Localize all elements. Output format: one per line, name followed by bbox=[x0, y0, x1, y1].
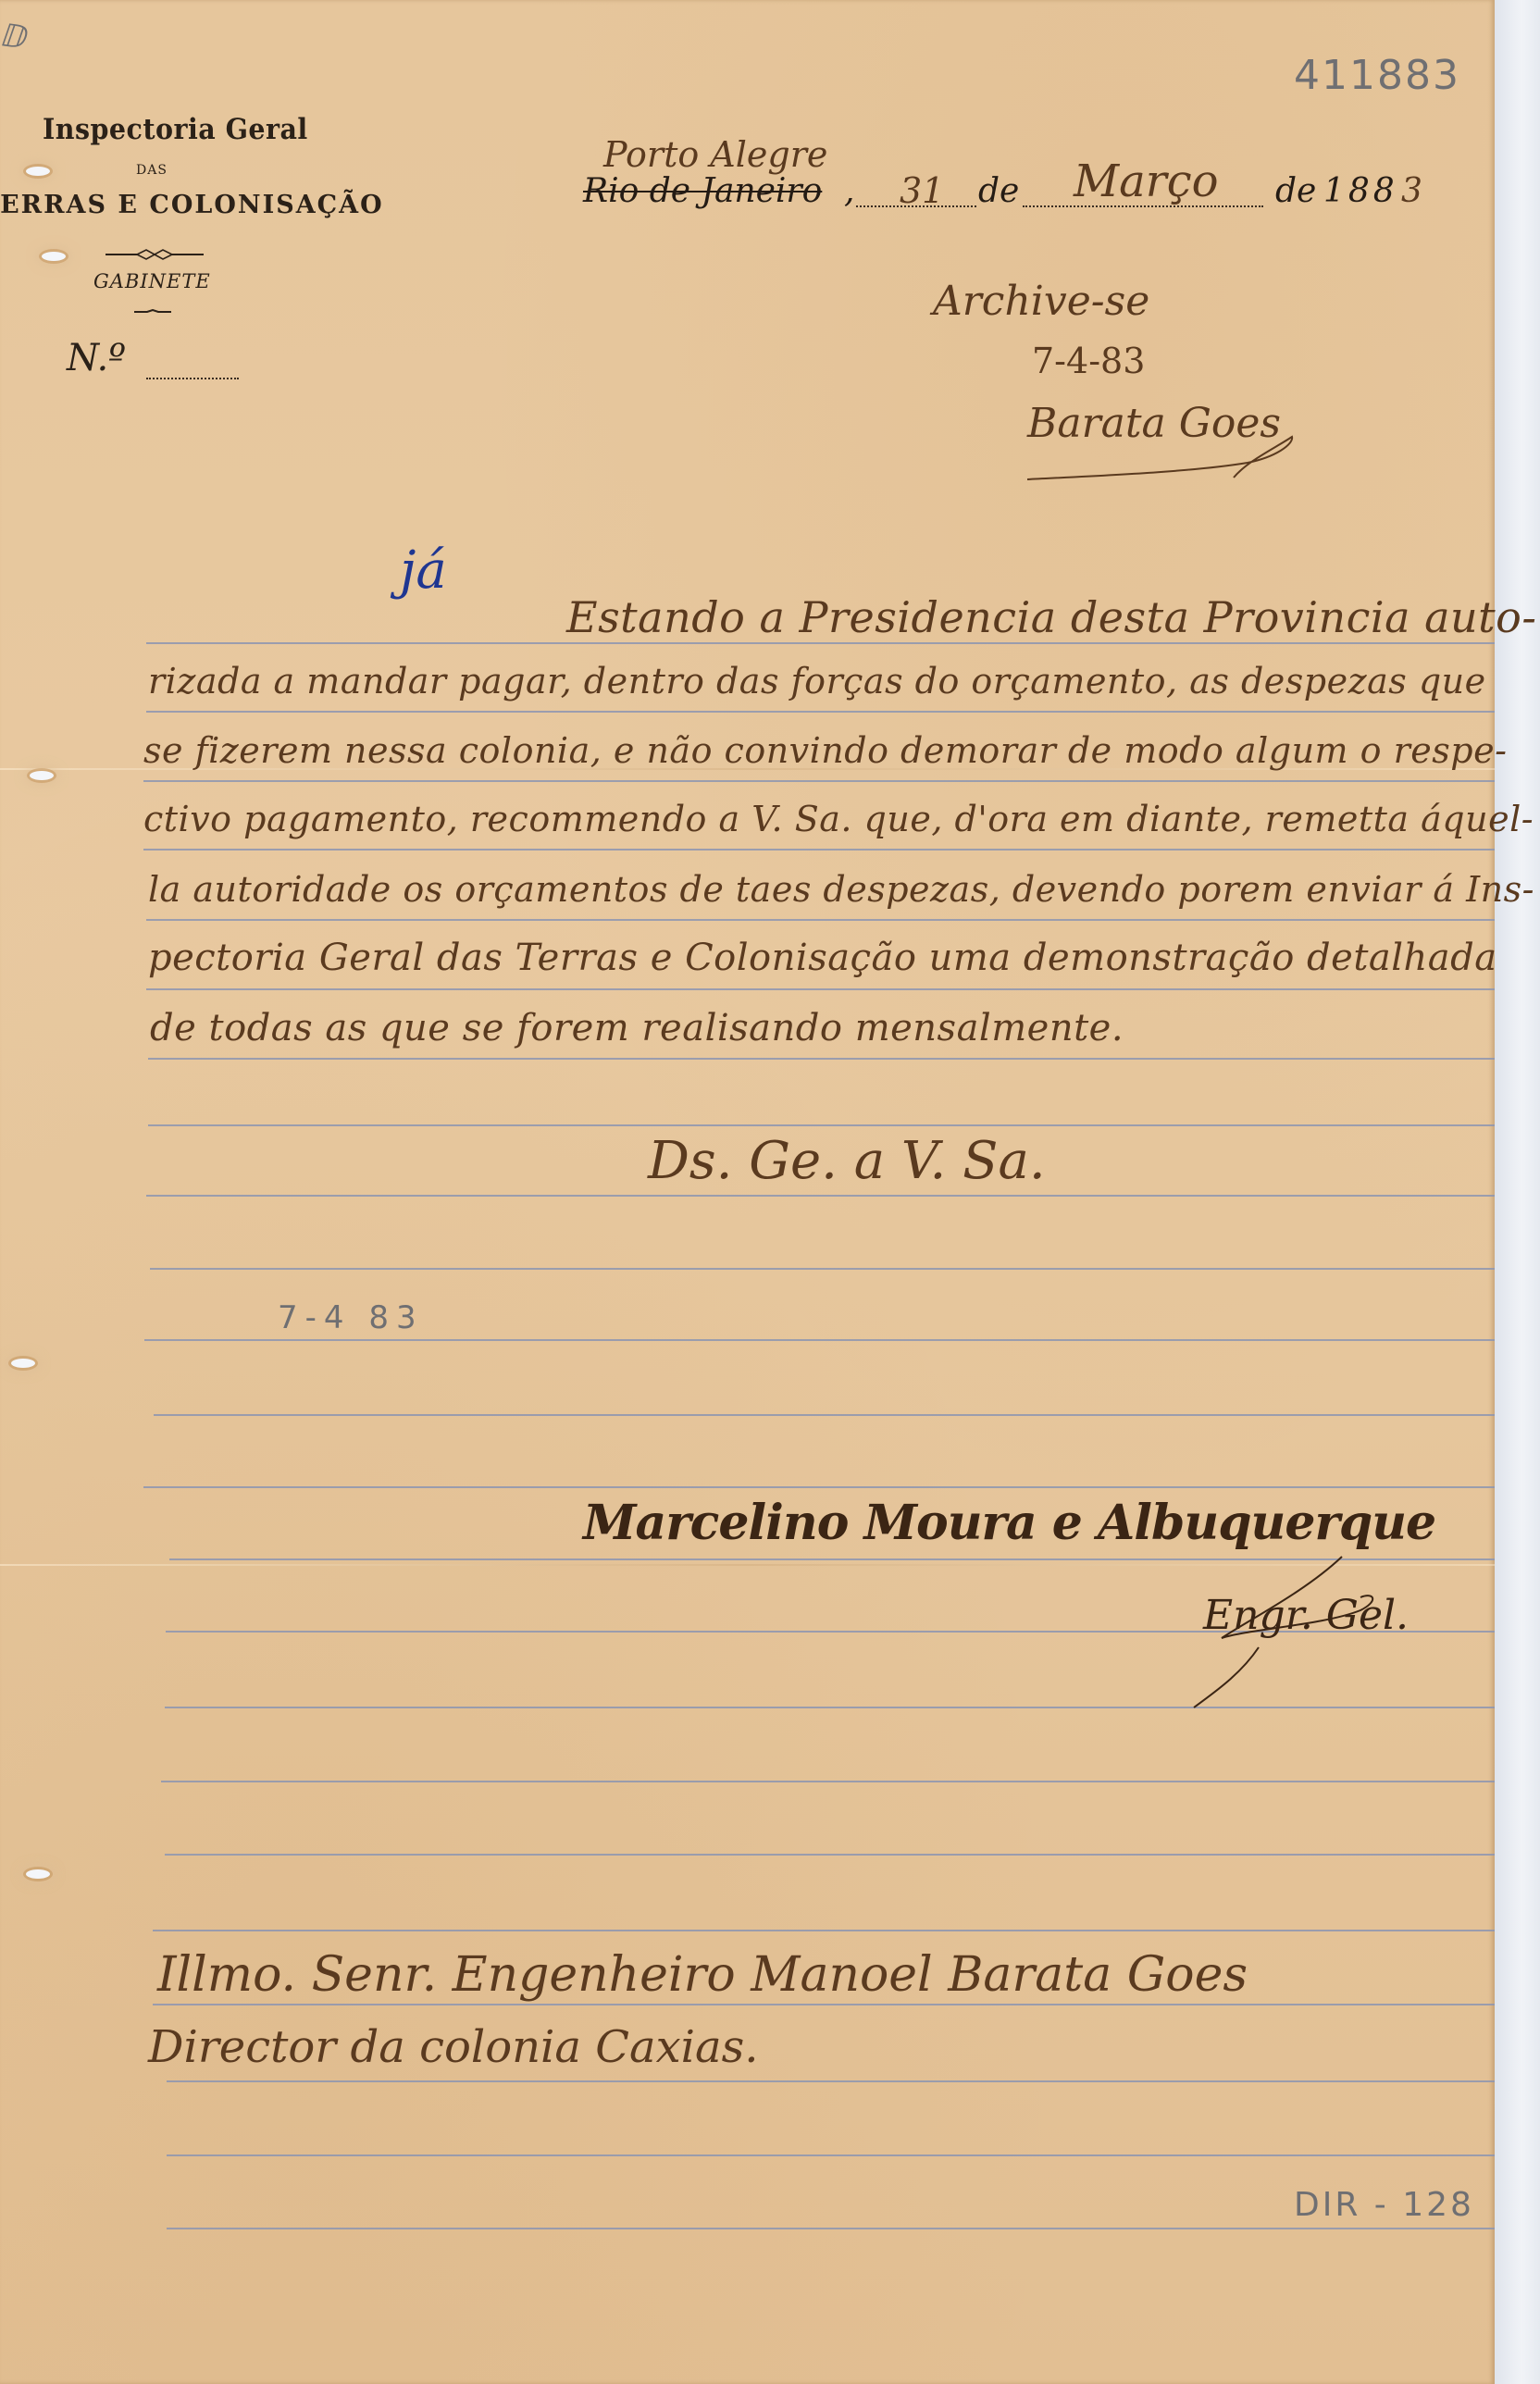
dispatch-date: 7-4-83 bbox=[1032, 341, 1145, 381]
letterhead-title: Inspectoria Geral bbox=[43, 113, 308, 146]
body-line: de todas as que se forem realisando mens… bbox=[150, 1007, 1124, 1049]
pencil-date: 7-4 83 bbox=[278, 1299, 424, 1336]
punch-hole bbox=[11, 1359, 35, 1368]
body-line: Estando a Presidencia desta Provincia au… bbox=[566, 592, 1536, 642]
margin-pencil-mark: ⅅ bbox=[0, 17, 30, 56]
body-line: se fizerem nessa colonia, e não convindo… bbox=[143, 730, 1507, 771]
date-year-handwritten: 3 bbox=[1401, 172, 1422, 210]
catalog-code: DIR - 128 bbox=[1294, 2186, 1474, 2224]
small-dash-icon bbox=[134, 309, 171, 315]
blue-ink-note: já bbox=[400, 540, 447, 601]
signature-flourish-icon bbox=[1025, 435, 1303, 487]
letterhead-department: TERRAS E COLONISAÇÃO bbox=[0, 191, 384, 219]
addressee-line-1: Illmo. Senr. Engenheiro Manoel Barata Go… bbox=[157, 1947, 1248, 2003]
punch-hole bbox=[26, 1869, 50, 1879]
letterhead-das: DAS bbox=[136, 163, 168, 178]
document-page: ⅅ 411883 Inspectoria Geral DAS TERRAS E … bbox=[0, 0, 1495, 2384]
dispatch-archive: Archive-se bbox=[933, 278, 1149, 325]
signature-name: Marcelino Moura e Albuquerque bbox=[583, 1495, 1435, 1551]
number-label: N.º bbox=[67, 337, 126, 379]
body-line: la autoridade os orçamentos de taes desp… bbox=[148, 869, 1534, 910]
number-blank bbox=[146, 378, 239, 379]
archive-number: 411883 bbox=[1294, 52, 1460, 99]
date-comma: , bbox=[844, 172, 854, 210]
scanner-backdrop bbox=[1495, 0, 1540, 2384]
signature-flourish-icon bbox=[1064, 1555, 1397, 1712]
closing-formula: Ds. Ge. a V. Sa. bbox=[648, 1131, 1046, 1191]
date-de-2: de bbox=[1275, 172, 1316, 210]
punch-hole bbox=[30, 771, 54, 780]
punch-hole bbox=[26, 167, 50, 176]
date-year-printed: 188 bbox=[1323, 172, 1398, 210]
body-line: ctivo pagamento, recommendo a V. Sa. que… bbox=[143, 799, 1534, 839]
punch-hole bbox=[42, 252, 66, 261]
body-line: pectoria Geral das Terras e Colonisação … bbox=[148, 937, 1497, 979]
body-line: rizada a mandar pagar, dentro das forças… bbox=[148, 661, 1486, 702]
date-de-1: de bbox=[978, 172, 1019, 210]
ornament-divider-icon bbox=[106, 248, 204, 261]
addressee-line-2: Director da colonia Caxias. bbox=[148, 2021, 759, 2073]
date-day: 31 bbox=[900, 170, 944, 211]
date-month: Março bbox=[1074, 155, 1219, 207]
letterhead-gabinete: GABINETE bbox=[93, 270, 211, 292]
place-handwritten: Porto Alegre bbox=[603, 134, 827, 175]
place-printed-struck: Rio de Janeiro bbox=[583, 172, 822, 210]
